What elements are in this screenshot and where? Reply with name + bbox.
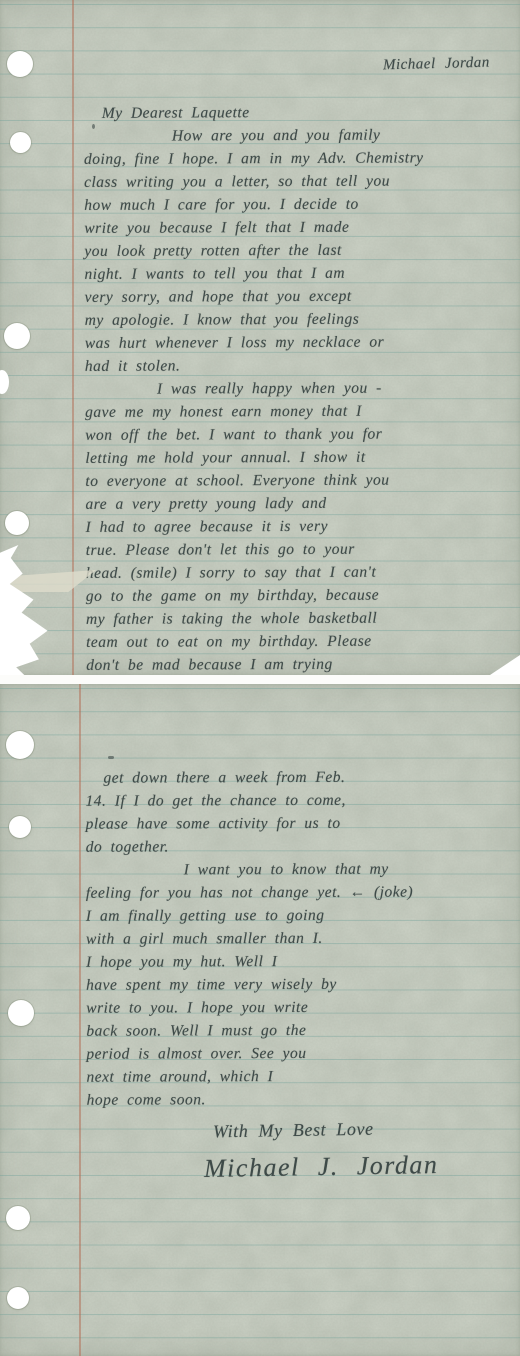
letter-line: team out to eat on my birthday. Please [86, 629, 495, 654]
letter-line: you look pretty rotten after the last [84, 238, 493, 263]
letter-line: I am finally getting use to going [86, 903, 494, 927]
punch-hole [7, 1287, 29, 1309]
letter-line: period is almost over. See you [86, 1041, 494, 1065]
closing-phrase: With My Best Love [213, 1119, 374, 1143]
author-name-header: Michael Jordan [383, 55, 490, 75]
letter-line: I was really happy when you - [85, 376, 494, 401]
letter-line: my father is taking the whole basketball [86, 606, 495, 631]
letter-line: very sorry, and hope that you except [85, 284, 494, 309]
letter-line: do together. [86, 834, 494, 858]
punch-hole [6, 1206, 30, 1230]
letter-line: doing, fine I hope. I am in my Adv. Chem… [84, 146, 493, 171]
punch-hole [8, 1000, 34, 1026]
letter-line: my apologie. I know that you feelings [85, 307, 494, 332]
letter-line: gave me my honest earn money that I [85, 399, 494, 424]
punch-hole [9, 816, 31, 838]
ink-speck [108, 756, 114, 759]
letter-line: 14. If I do get the chance to come, [85, 788, 493, 812]
letter-line: was hurt whenever I loss my necklace or [85, 330, 494, 355]
letter-line: go to the game on my birthday, because [86, 583, 495, 608]
punch-hole [7, 51, 33, 77]
punch-hole [5, 511, 29, 535]
letter-line: are a very pretty young lady and [85, 491, 494, 516]
letter-line: back soon. Well I must go the [86, 1018, 494, 1042]
letter-line: don't be mad because I am trying [86, 652, 495, 675]
letter-line: next time around, which I [86, 1064, 494, 1088]
letter-line: have spent my time very wisely by [86, 972, 494, 996]
letter-line: head. (smile) I sorry to say that I can'… [86, 560, 495, 585]
letter-line: How are you and you family [84, 123, 493, 148]
letter-line: how much I care for you. I decide to [84, 192, 493, 217]
letter-line: true. Please don't let this go to your [86, 537, 495, 562]
letter-line: I hope you my hut. Well I [86, 949, 494, 973]
letter-body-page-2: get down there a week from Feb. 14. If I… [85, 765, 494, 1111]
letter-line: I had to agree because it is very [86, 514, 495, 539]
letter-line: I want you to know that my [86, 857, 494, 881]
letter-line: hope come soon. [87, 1087, 495, 1111]
letter-line: write to you. I hope you write [86, 995, 494, 1019]
letter-line: letting me hold your annual. I show it [85, 445, 494, 470]
letter-line: to everyone at school. Everyone think yo… [85, 468, 494, 493]
letter-line: get down there a week from Feb. [85, 765, 493, 789]
scanned-letter: { "document": { "kind": "handwritten let… [0, 0, 520, 1356]
letter-line: had it stolen. [85, 353, 494, 378]
letter-page-2: get down there a week from Feb. 14. If I… [0, 684, 520, 1356]
letter-line: please have some activity for us to [86, 811, 494, 835]
letter-line: won off the bet. I want to thank you for [85, 422, 494, 447]
margin-line [79, 684, 81, 1356]
punch-hole [6, 731, 34, 759]
letter-body-page-1: My Dearest Laquette How are you and you … [84, 100, 496, 675]
punch-hole [4, 323, 30, 349]
letter-line: class writing you a letter, so that tell… [84, 169, 493, 194]
punch-hole [10, 132, 31, 153]
signature: Michael J. Jordan [204, 1150, 439, 1184]
letter-line: night. I wants to tell you that I am [84, 261, 493, 286]
salutation: My Dearest Laquette [84, 100, 493, 125]
letter-line: write you because I felt that I made [84, 215, 493, 240]
letter-line: with a girl much smaller than I. [86, 926, 494, 950]
letter-page-1: Michael Jordan My Dearest Laquette How a… [0, 0, 520, 675]
letter-line: feeling for you has not change yet. ← (j… [86, 880, 494, 904]
